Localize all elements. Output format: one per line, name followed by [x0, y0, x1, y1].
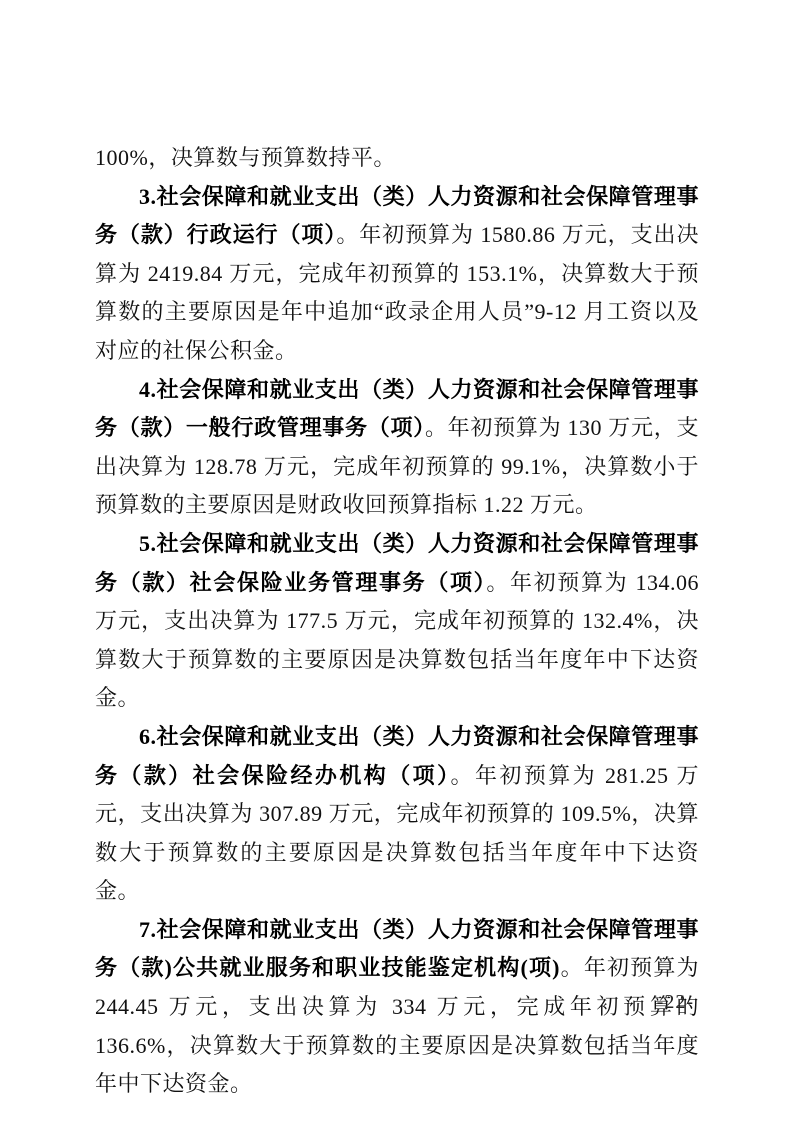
page-number: -22- — [657, 991, 694, 1014]
document-page: 100%，决算数与预算数持平。 3.社会保障和就业支出（类）人力资源和社会保障管… — [0, 0, 793, 1122]
document-body: 100%，决算数与预算数持平。 3.社会保障和就业支出（类）人力资源和社会保障管… — [95, 139, 699, 1104]
paragraph: 3.社会保障和就业支出（类）人力资源和社会保障管理事务（款）行政运行（项）。年初… — [95, 178, 699, 371]
continuation-line: 100%，决算数与预算数持平。 — [95, 139, 699, 178]
paragraph: 4.社会保障和就业支出（类）人力资源和社会保障管理事务（款）一般行政管理事务（项… — [95, 371, 699, 525]
paragraph: 6.社会保障和就业支出（类）人力资源和社会保障管理事务（款）社会保险经办机构（项… — [95, 718, 699, 911]
paragraph: 7.社会保障和就业支出（类）人力资源和社会保障管理事务（款)公共就业服务和职业技… — [95, 911, 699, 1104]
paragraph: 5.社会保障和就业支出（类）人力资源和社会保障管理事务（款）社会保险业务管理事务… — [95, 525, 699, 718]
